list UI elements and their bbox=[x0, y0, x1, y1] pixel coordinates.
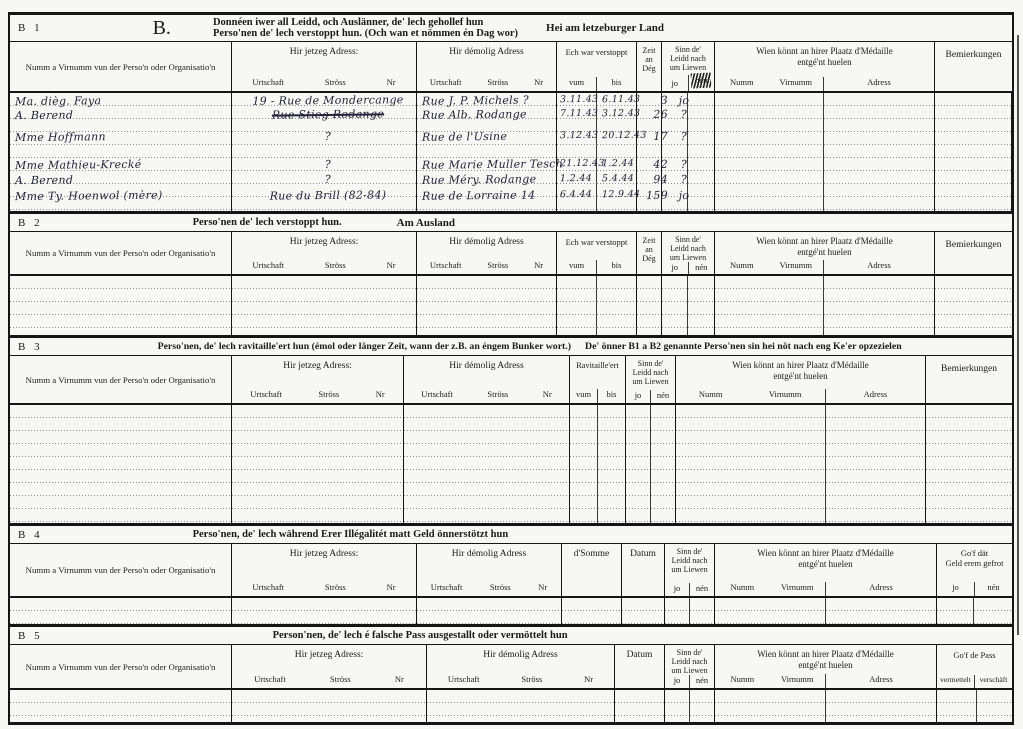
col-header-name: Numm a Virnumm vun der Perso'n oder Orga… bbox=[10, 544, 232, 596]
sublabel-vum: vum bbox=[557, 77, 596, 91]
col-header-demolig-adress: Hir démolig Adress Urtschaft Ströss Nr bbox=[417, 232, 557, 274]
section-b2-title: Perso'nen de' lech verstoppt hun. bbox=[193, 217, 342, 228]
wien-l1: Wien könnt an hirer Plaatz d'Médaille bbox=[715, 46, 934, 57]
wien-l1: Wien könnt an hirer Plaatz d'Médaille bbox=[715, 236, 934, 247]
sublabel-jo: jo bbox=[662, 78, 688, 91]
body-cell-bemierkungen bbox=[935, 276, 1012, 335]
demolig-sublabels: Urtschaft Ströss Nr bbox=[417, 77, 556, 91]
zeit-l1: Zeit bbox=[637, 236, 661, 245]
section-b1-title: Donnéen iwer all Leidd, och Auslänner, d… bbox=[213, 17, 518, 40]
sublabel-urtschaft: Urtschaft bbox=[421, 389, 453, 399]
body-cell-dsomme bbox=[562, 598, 622, 624]
sinn-l1: Sinn de' bbox=[665, 648, 714, 657]
sublabel-stross: Ströss bbox=[487, 77, 508, 87]
body-cell-name bbox=[10, 405, 232, 523]
col-header-sinn: Sinn de' Leidd nach um Liewen jo nén bbox=[626, 356, 676, 403]
wien-lines: Wien könnt an hirer Plaatz d'Médaille en… bbox=[715, 544, 936, 569]
demolig-adress-label: Hir démolig Adress bbox=[417, 232, 556, 247]
zeit-l1: Zeit bbox=[637, 46, 661, 55]
verstoppt-label: Ech war verstoppt bbox=[557, 42, 636, 57]
sublabel-urtschaft: Urtschaft bbox=[431, 582, 463, 592]
sinn-l2: Leidd nach bbox=[626, 368, 675, 377]
sinn-l2: Leidd nach bbox=[665, 556, 714, 565]
sublabel-nr: Nr bbox=[538, 582, 547, 592]
section-b2-titlebar: B 2 Perso'nen de' lech verstoppt hun. Am… bbox=[10, 214, 1012, 231]
body-cell-zeit bbox=[637, 93, 662, 211]
body-cell-adress bbox=[826, 690, 937, 722]
body-cell-jetzeg bbox=[232, 276, 417, 335]
section-b1-id: B 1 bbox=[10, 22, 43, 34]
jetzeg-sublabels: Urtschaft Ströss Nr bbox=[232, 77, 416, 91]
section-b2-id: B 2 bbox=[10, 217, 43, 229]
gof-geld-l2: Geld erem gefrot bbox=[937, 559, 1012, 569]
demolig-sublabels: Urtschaft Ströss Nr bbox=[427, 674, 614, 688]
wien-lines: Wien könnt an hirer Plaatz d'Médaille en… bbox=[715, 42, 934, 67]
jetzeg-sublabels: Urtschaft Ströss Nr bbox=[232, 389, 403, 403]
sublabel-adress: Adress bbox=[825, 582, 936, 596]
body-cell-jo bbox=[665, 690, 690, 722]
wien-l1: Wien könnt an hirer Plaatz d'Médaille bbox=[676, 360, 925, 371]
sublabel-nr: Nr bbox=[395, 674, 404, 684]
sublabel-stross: Ströss bbox=[490, 582, 511, 592]
sinn-lines: Sinn de' Leidd nach um Liewen bbox=[665, 645, 714, 675]
sublabel-numm: Numm bbox=[676, 389, 745, 403]
body-cell-bemierkungen bbox=[935, 93, 1012, 211]
col-header-demolig-adress: Hir démolig Adress Urtschaft Ströss Nr bbox=[417, 42, 557, 91]
body-cell-vum bbox=[557, 93, 597, 211]
body-cell-datum bbox=[615, 690, 665, 722]
sublabel-adress: Adress bbox=[825, 389, 925, 403]
section-b2-body bbox=[10, 276, 1012, 335]
sublabel-jo: jo bbox=[937, 582, 974, 596]
body-cell-name bbox=[10, 276, 232, 335]
sublabel-virnumm: Virnumm bbox=[770, 674, 826, 688]
col-header-wien: Wien könnt an hirer Plaatz d'Médaille en… bbox=[676, 356, 926, 403]
sinn-lines: Sinn de' Leidd nach um Liewen bbox=[626, 356, 675, 386]
sinn-l2: Leidd nach bbox=[662, 244, 714, 253]
sublabel-urtschaft: Urtschaft bbox=[252, 260, 284, 270]
gof-geld-label: Go'f dät Geld erem gefrot bbox=[937, 544, 1012, 568]
section-b1-big-letter: B. bbox=[153, 17, 171, 40]
zeit-l3: Dég bbox=[637, 64, 661, 73]
section-b2-header: Numm a Virnumm vun der Perso'n oder Orga… bbox=[10, 231, 1012, 276]
col-header-dsomme: d'Somme bbox=[562, 544, 622, 596]
jetzeg-adress-label: Hir jetzeg Adress: bbox=[232, 42, 416, 57]
section-b5-id: B 5 bbox=[10, 630, 43, 642]
col-header-name-label: Numm a Virnumm vun der Perso'n oder Orga… bbox=[10, 62, 231, 72]
wien-l2: entgé'nt huelen bbox=[715, 660, 936, 671]
col-header-bemierkungen: Bemierkungen bbox=[935, 232, 1012, 274]
wien-l2: entgé'nt huelen bbox=[715, 57, 934, 68]
body-cell-vermettelt bbox=[937, 690, 977, 722]
sinn-l1: Sinn de' bbox=[662, 45, 714, 54]
sublabel-virnumm: Virnumm bbox=[745, 389, 824, 403]
body-cell-jo bbox=[662, 93, 688, 211]
body-cell-name bbox=[10, 93, 232, 211]
sublabel-nen: nén bbox=[689, 675, 714, 688]
wien-l1: Wien könnt an hirer Plaatz d'Médaille bbox=[715, 649, 936, 660]
sublabel-stross: Ströss bbox=[487, 260, 508, 270]
sinn-l1: Sinn de' bbox=[626, 359, 675, 368]
sublabel-nr: Nr bbox=[584, 674, 593, 684]
demolig-adress-label: Hir démolig Adress bbox=[417, 42, 556, 57]
section-b1-body: Ma. dièg. Faya 19 - Rue de Mondercange R… bbox=[10, 93, 1012, 211]
body-cell-numm-virnumm bbox=[715, 276, 824, 335]
sublabel-stross: Ströss bbox=[487, 389, 508, 399]
sinn-l3: um Liewen bbox=[665, 565, 714, 574]
jetzeg-adress-label: Hir jetzeg Adress: bbox=[232, 356, 403, 371]
body-cell-name bbox=[10, 690, 232, 722]
bemierkungen-label: Bemierkungen bbox=[935, 42, 1012, 60]
col-header-name: Numm a Virnumm vun der Perso'n oder Orga… bbox=[10, 42, 232, 91]
bemierkungen-label: Bemierkungen bbox=[926, 356, 1012, 374]
sinn-lines: Sinn de' Leidd nach um Liewen bbox=[665, 544, 714, 574]
section-b2-title-right: Am Ausland bbox=[397, 217, 455, 229]
col-header-wien: Wien könnt an hirer Plaatz d'Médaille en… bbox=[715, 544, 937, 596]
section-b5-header: Numm a Virnumm vun der Perso'n oder Orga… bbox=[10, 644, 1012, 690]
sublabel-jo: jo bbox=[662, 262, 688, 274]
body-cell-name bbox=[10, 598, 232, 624]
section-b1-header: Numm a Virnumm vun der Perso'n oder Orga… bbox=[10, 41, 1012, 93]
section-b3-title2: De' önner B1 a B2 genannte Perso'nen sin… bbox=[585, 341, 902, 352]
section-b5: B 5 Person'nen, de' lech é falsche Pass … bbox=[10, 624, 1012, 722]
demolig-adress-label: Hir démolig Adress bbox=[427, 645, 614, 660]
sublabel-nen: nén bbox=[689, 583, 714, 596]
sublabel-stross: Ströss bbox=[330, 674, 351, 684]
col-header-name: Numm a Virnumm vun der Perso'n oder Orga… bbox=[10, 356, 232, 403]
section-b4-titlebar: B 4 Perso'nen, de' lech während Erer Ill… bbox=[10, 526, 1012, 543]
body-cell-zeit bbox=[637, 276, 662, 335]
vum-bis-row: vum bis bbox=[557, 57, 636, 91]
sinn-l3: um Liewen bbox=[626, 377, 675, 386]
col-header-name-label: Numm a Virnumm vun der Perso'n oder Orga… bbox=[10, 565, 231, 575]
zeit-l2: an bbox=[637, 245, 661, 254]
sublabel-urtschaft: Urtschaft bbox=[430, 260, 462, 270]
col-header-jetzeg-adress: Hir jetzeg Adress: Urtschaft Ströss Nr bbox=[232, 356, 404, 403]
section-b4-body bbox=[10, 598, 1012, 624]
vermettelt-verschaft-row: vermettelt verschäft bbox=[937, 660, 1012, 688]
sublabel-nr: Nr bbox=[543, 389, 552, 399]
section-b1-title-line1: Donnéen iwer all Leidd, och Auslänner, d… bbox=[213, 17, 518, 29]
body-cell-nen bbox=[688, 93, 715, 211]
body-cell-demolig bbox=[417, 276, 557, 335]
sublabel-stross: Ströss bbox=[318, 389, 339, 399]
sinn-l1: Sinn de' bbox=[662, 235, 714, 244]
verstoppt-label: Ech war verstoppt bbox=[557, 232, 636, 247]
body-cell-nen bbox=[651, 405, 676, 523]
wien-l1: Wien könnt an hirer Plaatz d'Médaille bbox=[715, 548, 936, 559]
col-header-jetzeg-adress: Hir jetzeg Adress: Urtschaft Ströss Nr bbox=[232, 232, 417, 274]
body-cell-verschaft bbox=[977, 690, 1012, 722]
section-b5-title: Person'nen, de' lech é falsche Pass ausg… bbox=[273, 630, 568, 641]
col-header-gof-geld: Go'f dät Geld erem gefrot jo nén bbox=[937, 544, 1012, 596]
body-cell-bis bbox=[597, 93, 637, 211]
sublabel-nen-wrap: nén bbox=[688, 75, 715, 91]
col-header-demolig-adress: Hir démolig Adress Urtschaft Ströss Nr bbox=[417, 544, 562, 596]
body-cell-nen bbox=[690, 690, 715, 722]
body-cell-gof-nen bbox=[974, 598, 1012, 624]
sublabel-numm: Numm bbox=[715, 674, 770, 688]
body-cell-jetzeg bbox=[232, 93, 417, 211]
sublabel-vum: vum bbox=[557, 260, 596, 274]
body-cell-bis bbox=[598, 405, 626, 523]
col-header-demolig-adress: Hir démolig Adress Urtschaft Ströss Nr bbox=[427, 645, 615, 688]
col-header-jetzeg-adress: Hir jetzeg Adress: Urtschaft Ströss Nr bbox=[232, 42, 417, 91]
wien-sublabels: Numm Virnumm Adress bbox=[715, 569, 936, 596]
sublabel-nr: Nr bbox=[387, 77, 396, 87]
body-cell-jo bbox=[662, 276, 688, 335]
section-b4-id: B 4 bbox=[10, 529, 43, 541]
sinn-l3: um Liewen bbox=[662, 253, 714, 262]
bemierkungen-label: Bemierkungen bbox=[935, 232, 1012, 250]
body-cell-numm-virnumm bbox=[715, 598, 826, 624]
col-header-bemierkungen: Bemierkungen bbox=[926, 356, 1012, 403]
body-cell-bemierkungen bbox=[926, 405, 1012, 523]
sinn-lines: Sinn de' Leidd nach um Liewen bbox=[662, 232, 714, 262]
ravitailleert-label: Ravitaille'ert bbox=[570, 356, 625, 370]
sublabel-bis: bis bbox=[596, 77, 636, 91]
sublabel-stross: Ströss bbox=[325, 260, 346, 270]
sublabel-nr: Nr bbox=[376, 389, 385, 399]
col-header-name-label: Numm a Virnumm vun der Perso'n oder Orga… bbox=[10, 662, 231, 672]
sinn-l2: Leidd nach bbox=[662, 54, 714, 63]
sublabel-numm: Numm bbox=[715, 582, 770, 596]
section-b3-titlebar: B 3 Perso'nen, de' lech ravitaille'ert h… bbox=[10, 338, 1012, 355]
jetzeg-adress-label: Hir jetzeg Adress: bbox=[232, 645, 426, 660]
wien-lines: Wien könnt an hirer Plaatz d'Médaille en… bbox=[715, 645, 936, 670]
col-header-sinn: Sinn de' Leidd nach um Liewen jo nén bbox=[662, 232, 715, 274]
sublabel-bis: bis bbox=[596, 260, 636, 274]
col-header-verstoppt: Ech war verstoppt vum bis bbox=[557, 42, 637, 91]
jo-nen-row: jo nén bbox=[937, 568, 1012, 596]
sublabel-urtschaft: Urtschaft bbox=[254, 674, 286, 684]
col-header-demolig-adress: Hir démolig Adress Urtschaft Ströss Nr bbox=[404, 356, 570, 403]
sublabel-nen: nén bbox=[650, 390, 675, 403]
section-b5-titlebar: B 5 Person'nen, de' lech é falsche Pass … bbox=[10, 627, 1012, 644]
zeit-l2: an bbox=[637, 55, 661, 64]
body-cell-adress bbox=[824, 93, 935, 211]
sublabel-stross: Ströss bbox=[325, 582, 346, 592]
section-b3: B 3 Perso'nen, de' lech ravitaille'ert h… bbox=[10, 335, 1012, 523]
sinn-lines: Sinn de' Leidd nach um Liewen bbox=[662, 42, 714, 72]
section-b1-title-line2: Perso'nen de' lech verstoppt hun. (Och w… bbox=[213, 28, 518, 40]
sublabel-jo: jo bbox=[626, 390, 650, 403]
sublabel-numm: Numm bbox=[715, 260, 769, 274]
wien-sublabels: Numm Virnumm Adress bbox=[715, 670, 936, 688]
sublabel-urtschaft: Urtschaft bbox=[430, 77, 462, 87]
sublabel-jo: jo bbox=[665, 583, 689, 596]
body-cell-demolig bbox=[404, 405, 570, 523]
col-header-wien: Wien könnt an hirer Plaatz d'Médaille en… bbox=[715, 232, 935, 274]
body-cell-bis bbox=[597, 276, 637, 335]
scanned-form-page: B 1 B. Donnéen iwer all Leidd, och Auslä… bbox=[0, 0, 1023, 729]
sublabel-adress: Adress bbox=[825, 674, 936, 688]
sublabel-nen: nén bbox=[688, 262, 715, 274]
sublabel-nr: Nr bbox=[387, 582, 396, 592]
col-header-jetzeg-adress: Hir jetzeg Adress: Urtschaft Ströss Nr bbox=[232, 544, 417, 596]
sublabel-nr: Nr bbox=[534, 77, 543, 87]
section-b3-header: Numm a Virnumm vun der Perso'n oder Orga… bbox=[10, 355, 1012, 405]
body-cell-gof-jo bbox=[937, 598, 974, 624]
sinn-l1: Sinn de' bbox=[665, 547, 714, 556]
section-b5-body bbox=[10, 690, 1012, 722]
jetzeg-sublabels: Urtschaft Ströss Nr bbox=[232, 260, 416, 274]
sublabel-urtschaft: Urtschaft bbox=[250, 389, 282, 399]
gof-pass-label: Go'f de Pass bbox=[937, 645, 1012, 660]
dsomme-label: d'Somme bbox=[562, 544, 621, 559]
jetzeg-sublabels: Urtschaft Ströss Nr bbox=[232, 674, 426, 688]
body-cell-adress bbox=[826, 598, 937, 624]
body-cell-jetzeg bbox=[232, 598, 417, 624]
sublabel-urtschaft: Urtschaft bbox=[448, 674, 480, 684]
col-header-zeit: Zeit an Dég bbox=[637, 42, 662, 91]
vum-bis-row: vum bis bbox=[570, 370, 625, 403]
jo-nen-row: jo nén bbox=[665, 675, 714, 688]
body-cell-numm-virnumm bbox=[676, 405, 826, 523]
col-header-name: Numm a Virnumm vun der Perso'n oder Orga… bbox=[10, 232, 232, 274]
demolig-adress-label: Hir démolig Adress bbox=[404, 356, 569, 371]
col-header-wien: Wien könnt an hirer Plaatz d'Médaille en… bbox=[715, 645, 937, 688]
sublabel-numm: Numm bbox=[715, 77, 769, 91]
section-b4: B 4 Perso'nen, de' lech während Erer Ill… bbox=[10, 523, 1012, 624]
demolig-sublabels: Urtschaft Ströss Nr bbox=[417, 582, 561, 596]
wien-l2: entgé'nt huelen bbox=[715, 559, 936, 570]
col-header-sinn: Sinn de' Leidd nach um Liewen jo nén bbox=[665, 645, 715, 688]
section-b3-title: Perso'nen, de' lech ravitaille'ert hun (… bbox=[158, 341, 571, 352]
jetzeg-adress-label: Hir jetzeg Adress: bbox=[232, 544, 416, 559]
wien-l2: entgé'nt huelen bbox=[715, 247, 934, 258]
sinn-l2: Leidd nach bbox=[665, 657, 714, 666]
jo-nen-row: jo nén bbox=[662, 72, 714, 91]
section-b1: B 1 B. Donnéen iwer all Leidd, och Auslä… bbox=[10, 12, 1012, 211]
col-header-name: Numm a Virnumm vun der Perso'n oder Orga… bbox=[10, 645, 232, 688]
sublabel-nr: Nr bbox=[387, 260, 396, 270]
body-cell-demolig bbox=[427, 690, 615, 722]
sublabel-virnumm: Virnumm bbox=[769, 260, 824, 274]
col-header-gof-pass: Go'f de Pass vermettelt verschäft bbox=[937, 645, 1012, 688]
jo-nen-row: jo nén bbox=[662, 262, 714, 274]
form-document: B 1 B. Donnéen iwer all Leidd, och Auslä… bbox=[8, 12, 1014, 725]
jo-nen-row: jo nén bbox=[626, 386, 675, 403]
wien-l2: entgé'nt huelen bbox=[676, 371, 925, 382]
body-cell-adress bbox=[826, 405, 926, 523]
col-header-zeit: Zeit an Dég bbox=[637, 232, 662, 274]
body-cell-datum bbox=[622, 598, 665, 624]
col-header-datum: Datum bbox=[622, 544, 665, 596]
sublabel-virnumm: Virnumm bbox=[769, 77, 824, 91]
vum-bis-row: vum bis bbox=[557, 247, 636, 274]
demolig-sublabels: Urtschaft Ströss Nr bbox=[417, 260, 556, 274]
section-b1-title-right: Hei am letzeburger Land bbox=[546, 22, 664, 34]
sublabel-stross: Ströss bbox=[325, 77, 346, 87]
sinn-l3: um Liewen bbox=[662, 63, 714, 72]
sublabel-urtschaft: Urtschaft bbox=[252, 582, 284, 592]
sublabel-adress: Adress bbox=[823, 260, 934, 274]
demolig-adress-label: Hir démolig Adress bbox=[417, 544, 561, 559]
wien-sublabels: Numm Virnumm Adress bbox=[676, 381, 925, 403]
sublabel-jo: jo bbox=[665, 675, 689, 688]
section-b2: B 2 Perso'nen de' lech verstoppt hun. Am… bbox=[10, 211, 1012, 335]
section-b3-body bbox=[10, 405, 1012, 523]
sublabel-bis: bis bbox=[597, 389, 625, 403]
datum-label: Datum bbox=[615, 645, 664, 660]
body-cell-jo bbox=[665, 598, 690, 624]
body-cell-jetzeg bbox=[232, 405, 404, 523]
sublabel-adress: Adress bbox=[823, 77, 934, 91]
col-header-jetzeg-adress: Hir jetzeg Adress: Urtschaft Ströss Nr bbox=[232, 645, 427, 688]
sublabel-urtschaft: Urtschaft bbox=[252, 77, 284, 87]
body-cell-numm-virnumm bbox=[715, 690, 826, 722]
sublabel-nen: nén bbox=[974, 582, 1012, 596]
col-header-verstoppt: Ech war verstoppt vum bis bbox=[557, 232, 637, 274]
section-b4-title: Perso'nen, de' lech während Erer Illégal… bbox=[193, 529, 509, 540]
col-header-datum: Datum bbox=[615, 645, 665, 688]
col-header-wien: Wien könnt an hirer Plaatz d'Médaille en… bbox=[715, 42, 935, 91]
jo-nen-row: jo nén bbox=[665, 574, 714, 596]
col-header-sinn: Sinn de' Leidd nach um Liewen jo nén bbox=[665, 544, 715, 596]
zeit-l3: Dég bbox=[637, 254, 661, 263]
jetzeg-sublabels: Urtschaft Ströss Nr bbox=[232, 582, 416, 596]
col-header-bemierkungen: Bemierkungen bbox=[935, 42, 1012, 91]
col-header-name-label: Numm a Virnumm vun der Perso'n oder Orga… bbox=[10, 248, 231, 258]
sublabel-stross: Ströss bbox=[521, 674, 542, 684]
col-header-sinn: Sinn de' Leidd nach um Liewen jo nén bbox=[662, 42, 715, 91]
body-cell-numm-virnumm bbox=[715, 93, 824, 211]
sublabel-nr: Nr bbox=[534, 260, 543, 270]
datum-label: Datum bbox=[622, 544, 664, 559]
sublabel-vum: vum bbox=[570, 389, 597, 403]
jetzeg-adress-label: Hir jetzeg Adress: bbox=[232, 232, 416, 247]
wien-sublabels: Numm Virnumm Adress bbox=[715, 257, 934, 274]
col-header-ravitailleert: Ravitaille'ert vum bis bbox=[570, 356, 626, 403]
sinn-l3: um Liewen bbox=[665, 666, 714, 675]
body-cell-jetzeg bbox=[232, 690, 427, 722]
sublabel-virnumm: Virnumm bbox=[770, 582, 826, 596]
body-cell-jo bbox=[626, 405, 651, 523]
body-cell-adress bbox=[824, 276, 935, 335]
body-cell-vum bbox=[570, 405, 598, 523]
sublabel-vermettelt: vermettelt bbox=[937, 675, 974, 688]
col-header-name-label: Numm a Virnumm vun der Perso'n oder Orga… bbox=[10, 375, 231, 385]
nen-label-scribbled: nén bbox=[693, 75, 709, 88]
sublabel-verschaft: verschäft bbox=[974, 675, 1012, 688]
body-cell-demolig bbox=[417, 598, 562, 624]
demolig-sublabels: Urtschaft Ströss Nr bbox=[404, 389, 569, 403]
body-cell-nen bbox=[688, 276, 715, 335]
scan-artifact-line bbox=[1017, 35, 1019, 635]
section-b4-header: Numm a Virnumm vun der Perso'n oder Orga… bbox=[10, 543, 1012, 598]
body-cell-nen bbox=[690, 598, 715, 624]
body-cell-demolig bbox=[417, 93, 557, 211]
section-b1-titlebar: B 1 B. Donnéen iwer all Leidd, och Auslä… bbox=[10, 15, 1012, 41]
body-cell-vum bbox=[557, 276, 597, 335]
wien-lines: Wien könnt an hirer Plaatz d'Médaille en… bbox=[676, 356, 925, 381]
wien-sublabels: Numm Virnumm Adress bbox=[715, 67, 934, 91]
section-b3-id: B 3 bbox=[10, 341, 43, 353]
wien-lines: Wien könnt an hirer Plaatz d'Médaille en… bbox=[715, 232, 934, 257]
